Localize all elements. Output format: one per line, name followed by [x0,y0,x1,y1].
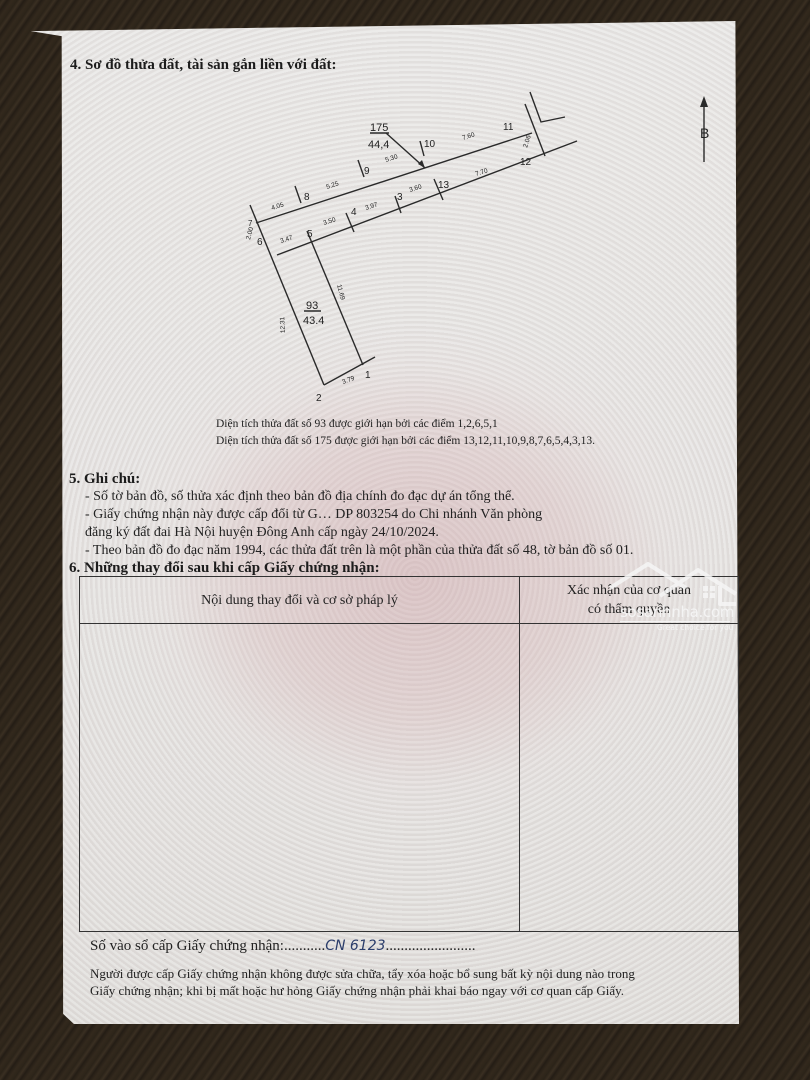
edge-6-7: 2.00 [245,226,255,240]
note-3: - Theo bản đồ đo đạc năm 1994, các thửa … [85,543,633,559]
point-2: 2 [316,393,322,404]
point-8: 8 [304,192,310,203]
note-1: - Số tờ bản đồ, số thửa xác định theo bả… [85,489,515,505]
warning-line-1: Người được cấp Giấy chứng nhận không đượ… [90,966,635,982]
point-4: 4 [351,207,357,218]
point-9: 9 [364,166,370,177]
watermark-tagline: Great choice for you [657,623,733,632]
note-2-cont: đăng ký đất đai Hà Nội huyện Đông Anh cấ… [85,525,439,541]
edge-13-3: 3.60 [408,183,423,194]
point-5: 5 [307,229,313,240]
section-6-title: 6. Những thay đổi sau khi cấp Giấy chứng… [69,560,380,577]
parcel-175-caption: Diện tích thửa đất số 175 được giới hạn … [216,435,595,447]
change-content-cell [80,624,520,932]
edge-9-10: 5.30 [384,153,399,164]
registry-dots-before: ........... [284,938,325,954]
point-3: 3 [397,192,403,203]
edge-3-4: 3.97 [364,201,379,212]
parcel-175-area: 44,4 [368,139,389,151]
point-1: 1 [365,370,371,381]
edge-10-11: 7.60 [461,131,476,142]
watermark-brand: sosanhnha.com [620,603,734,621]
edge-5-6: 3.47 [279,234,294,245]
edge-12-13: 7.70 [474,167,489,178]
section-5-title: 5. Ghi chú: [69,471,140,488]
watermark-divider [620,621,730,622]
point-11: 11 [503,122,514,133]
parcel-93-area: 43.4 [303,315,324,327]
point-13: 13 [438,180,450,191]
warning-line-2: Giấy chứng nhận; khi bị mất hoặc hư hỏng… [90,983,624,999]
registry-line: Số vào sổ cấp Giấy chứng nhận:..........… [90,938,476,955]
edge-4-5: 3.50 [322,216,337,227]
parcel-93-caption: Diện tích thửa đất số 93 được giới hạn b… [216,418,498,430]
point-10: 10 [424,139,436,150]
point-12: 12 [520,157,532,168]
parcel-175-number: 175 [370,122,388,134]
edge-7-8: 4.05 [271,201,286,212]
note-2: - Giấy chứng nhận này được cấp đổi từ G…… [85,507,542,523]
registry-number: CN 6123 [325,938,385,954]
registry-dots-after: ........................ [386,938,476,954]
column-header-content: Nội dung thay đổi và cơ sở pháp lý [80,577,520,624]
edge-8-9: 5.25 [325,180,340,191]
confirmation-cell [520,624,739,932]
edge-2-1: 3.79 [341,375,356,386]
edge-6-2: 12.31 [279,316,287,333]
table-row-empty [80,624,739,932]
registry-label: Số vào sổ cấp Giấy chứng nhận: [90,938,284,954]
edge-5-1: 11.69 [335,284,346,301]
parcel-93-number: 93 [306,300,318,312]
point-6: 6 [257,237,263,248]
north-label: B [700,125,709,141]
